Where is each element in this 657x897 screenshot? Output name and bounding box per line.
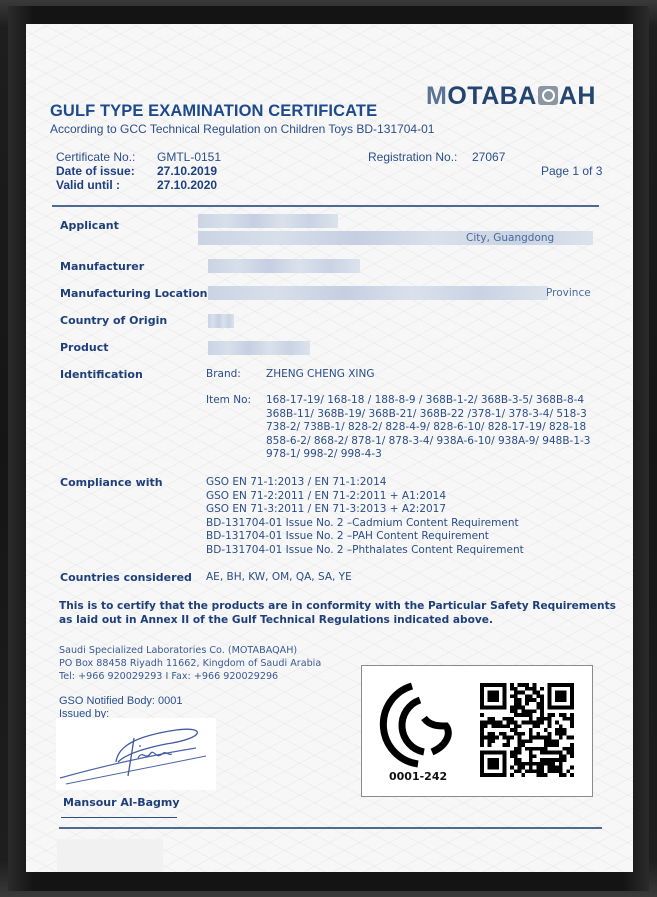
signature-line xyxy=(61,817,177,818)
issuer-address-block: Saudi Specialized Laboratories Co. (MOTA… xyxy=(59,644,321,683)
logo-text-prefix: OTABA xyxy=(447,82,537,110)
signature-area xyxy=(56,718,216,790)
country-of-origin-redacted xyxy=(208,314,234,328)
applicant-label: Applicant xyxy=(60,219,119,232)
compliance-standard: BD-131704-01 Issue No. 2 –PAH Content Re… xyxy=(206,530,524,544)
identification-label: Identification xyxy=(60,368,143,381)
certificate-subtitle: According to GCC Technical Regulation on… xyxy=(50,122,434,136)
date-of-issue-value: 27.10.2019 xyxy=(157,164,217,178)
manufacturing-location-label: Manufacturing Location xyxy=(60,287,208,300)
footer-divider xyxy=(59,827,602,829)
brand-value: ZHENG CHENG XING xyxy=(266,368,375,382)
item-no-label: Item No: xyxy=(206,394,251,408)
compliance-standard: BD-131704-01 Issue No. 2 –Cadmium Conten… xyxy=(206,517,524,531)
certificate-no-value: GMTL-0151 xyxy=(157,150,221,164)
conformity-mark-number: 0001-242 xyxy=(389,770,447,783)
valid-until-value: 27.10.2020 xyxy=(157,178,217,192)
compliance-standard: GSO EN 71-1:2013 / EN 71-1:2014 xyxy=(206,476,524,490)
item-no-line: 738-2/ 738B-1/ 828-2/ 828-4-9/ 828-6-10/… xyxy=(266,421,591,435)
compliance-list: GSO EN 71-1:2013 / EN 71-1:2014 GSO EN 7… xyxy=(206,476,524,557)
certificate-title: GULF TYPE EXAMINATION CERTIFICATE xyxy=(50,102,377,121)
certificate-page: MOTABAAH GULF TYPE EXAMINATION CERTIFICA… xyxy=(26,24,633,872)
manufacturing-location-fragment: Province xyxy=(546,287,591,301)
countries-value: AE, BH, KW, OM, QA, SA, YE xyxy=(206,571,352,585)
certification-line-1: This is to certify that the products are… xyxy=(59,599,616,613)
logo-q-magnifier-icon xyxy=(538,86,558,105)
product-redacted xyxy=(208,341,310,355)
item-no-line: 168-17-19/ 168-18 / 188-8-9 / 368B-1-2/ … xyxy=(266,394,591,408)
certification-line-2: as laid out in Annex II of the Gulf Tech… xyxy=(59,613,616,627)
certificate-no-label: Certificate No.: xyxy=(56,150,135,164)
issuer-contact: Tel: +966 920029293 I Fax: +966 92002929… xyxy=(59,670,321,683)
qr-code-icon[interactable] xyxy=(480,683,574,777)
logo-text-suffix: AH xyxy=(559,82,596,110)
compliance-label: Compliance with xyxy=(60,476,163,489)
item-no-list: 168-17-19/ 168-18 / 188-8-9 / 368B-1-2/ … xyxy=(266,394,591,462)
registration-no-label: Registration No.: xyxy=(368,150,457,164)
signature-icon xyxy=(56,718,216,790)
notified-body: GSO Notified Body: 0001 xyxy=(59,695,183,708)
logo-m-letter: M xyxy=(426,82,447,110)
manufacturing-location-redacted xyxy=(208,286,548,300)
valid-until-label: Valid until : xyxy=(56,178,120,192)
applicant-address-fragment: City, Guangdong xyxy=(466,232,554,246)
manufacturer-label: Manufacturer xyxy=(60,260,144,273)
issuer-company: Saudi Specialized Laboratories Co. (MOTA… xyxy=(59,644,321,657)
compliance-standard: BD-131704-01 Issue No. 2 –Phthalates Con… xyxy=(206,544,524,558)
conformity-mark-box: 0001-242 xyxy=(361,665,593,797)
header-divider xyxy=(52,205,599,207)
certification-statement: This is to certify that the products are… xyxy=(59,599,616,627)
applicant-name-redacted xyxy=(198,214,338,228)
compliance-standard: GSO EN 71-2:2011 / EN 71-2:2011 + A1:201… xyxy=(206,490,524,504)
countries-label: Countries considered xyxy=(60,571,192,584)
item-no-line: 978-1/ 998-2/ 998-4-3 xyxy=(266,448,591,462)
issuer-address: PO Box 88458 Riyadh 11662, Kingdom of Sa… xyxy=(59,657,321,670)
date-of-issue-label: Date of issue: xyxy=(56,164,135,178)
registration-no-value: 27067 xyxy=(472,150,505,164)
item-no-line: 368B-11/ 368B-19/ 368B-21/ 368B-22 /378-… xyxy=(266,408,591,422)
motabaqah-logo: MOTABAAH xyxy=(426,82,596,111)
brand-label: Brand: xyxy=(206,368,241,382)
page-indicator: Page 1 of 3 xyxy=(541,164,602,178)
compliance-standard: GSO EN 71-3:2011 / EN 71-3:2013 + A2:201… xyxy=(206,503,524,517)
manufacturer-redacted xyxy=(208,259,360,273)
item-no-line: 858-6-2/ 868-2/ 878-1/ 878-3-4/ 938A-6-1… xyxy=(266,435,591,449)
product-label: Product xyxy=(60,341,109,354)
country-of-origin-label: Country of Origin xyxy=(60,314,167,327)
signatory-name: Mansour Al-Bagmy xyxy=(63,796,180,809)
footer-redacted-area xyxy=(57,839,163,872)
gcc-tracking-mark-icon xyxy=(376,682,456,768)
